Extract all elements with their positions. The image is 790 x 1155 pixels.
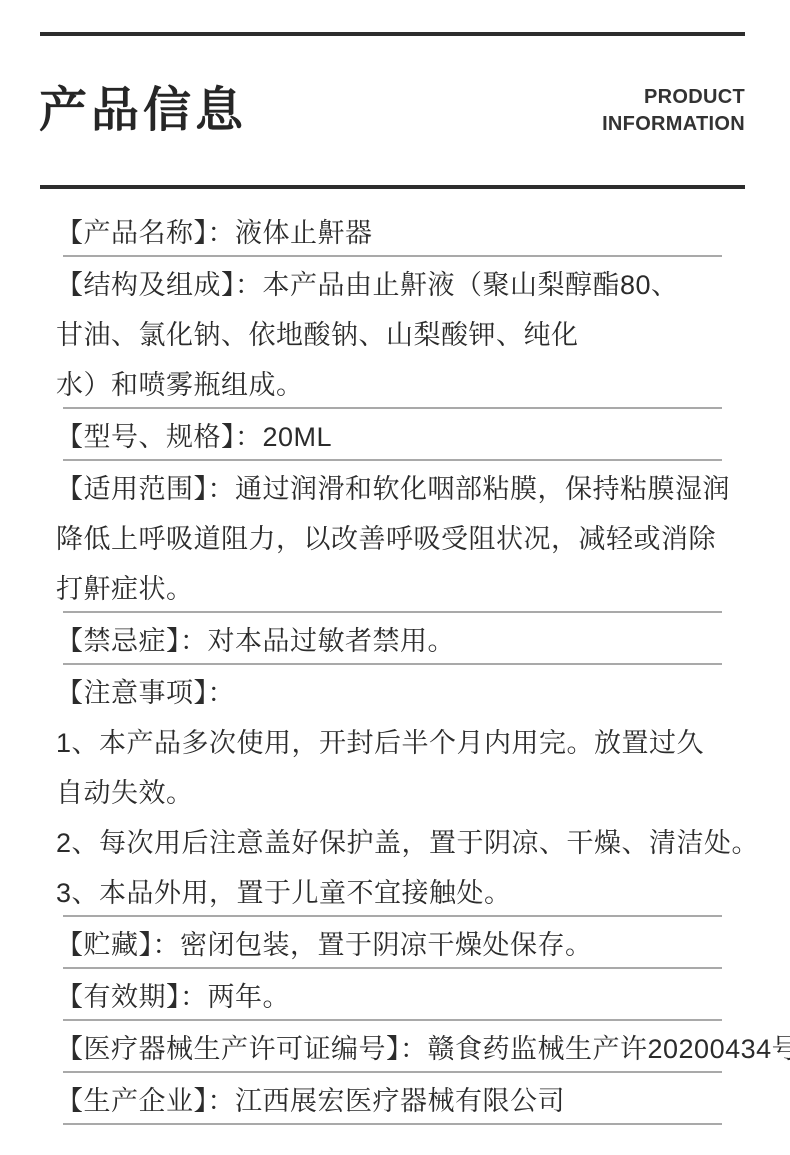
info-line: 自动失效。 [0,765,790,815]
section-divider [63,1123,722,1125]
section-contraindication: 【禁忌症】：对本品过敏者禁用。 [0,613,790,665]
info-line: 【生产企业】：江西展宏医疗器械有限公司 [0,1073,790,1123]
info-line: 水）和喷雾瓶组成。 [0,357,790,407]
page-subtitle-en: PRODUCT INFORMATION [602,84,745,138]
section-precautions: 【注意事项】： 1、本产品多次使用，开封后半个月内用完。放置过久 自动失效。 2… [0,665,790,917]
section-storage: 【贮藏】：密闭包装，置于阴凉干燥处保存。 [0,917,790,969]
info-list: 【产品名称】：液体止鼾器 【结构及组成】：本产品由止鼾液（聚山梨醇酯80、 甘油… [0,189,790,1125]
subtitle-line-1: PRODUCT [602,84,745,111]
section-scope: 【适用范围】：通过润滑和软化咽部粘膜，保持粘膜湿润 降低上呼吸道阻力，以改善呼吸… [0,461,790,613]
section-manufacturer: 【生产企业】：江西展宏医疗器械有限公司 [0,1073,790,1125]
info-line: 【医疗器械生产许可证编号】：赣食药监械生产许20200434号 [0,1021,790,1071]
info-line: 1、本产品多次使用，开封后半个月内用完。放置过久 [0,715,790,765]
section-model-spec: 【型号、规格】：20ML [0,409,790,461]
info-line: 【型号、规格】：20ML [0,409,790,459]
info-line: 降低上呼吸道阻力，以改善呼吸受阻状况，减轻或消除 [0,511,790,561]
section-composition: 【结构及组成】：本产品由止鼾液（聚山梨醇酯80、 甘油、氯化钠、依地酸钠、山梨酸… [0,257,790,409]
info-line: 【贮藏】：密闭包装，置于阴凉干燥处保存。 [0,917,790,967]
info-line: 【注意事项】： [0,665,790,715]
subtitle-line-2: INFORMATION [602,111,745,138]
section-product-name: 【产品名称】：液体止鼾器 [0,205,790,257]
page-header: 产品信息 PRODUCT INFORMATION [39,36,745,185]
info-line: 【结构及组成】：本产品由止鼾液（聚山梨醇酯80、 [0,257,790,307]
info-line: 【产品名称】：液体止鼾器 [0,205,790,255]
info-line: 【禁忌症】：对本品过敏者禁用。 [0,613,790,663]
info-line: 3、本品外用，置于儿童不宜接触处。 [0,865,790,915]
product-info-page: 产品信息 PRODUCT INFORMATION 【产品名称】：液体止鼾器 【结… [0,0,790,1155]
page-title: 产品信息 [39,87,247,135]
section-license: 【医疗器械生产许可证编号】：赣食药监械生产许20200434号 [0,1021,790,1073]
info-line: 【有效期】：两年。 [0,969,790,1019]
info-line: 2、每次用后注意盖好保护盖，置于阴凉、干燥、清洁处。 [0,815,790,865]
info-line: 【适用范围】：通过润滑和软化咽部粘膜，保持粘膜湿润 [0,461,790,511]
info-line: 打鼾症状。 [0,561,790,611]
section-validity: 【有效期】：两年。 [0,969,790,1021]
info-line: 甘油、氯化钠、依地酸钠、山梨酸钾、纯化 [0,307,790,357]
